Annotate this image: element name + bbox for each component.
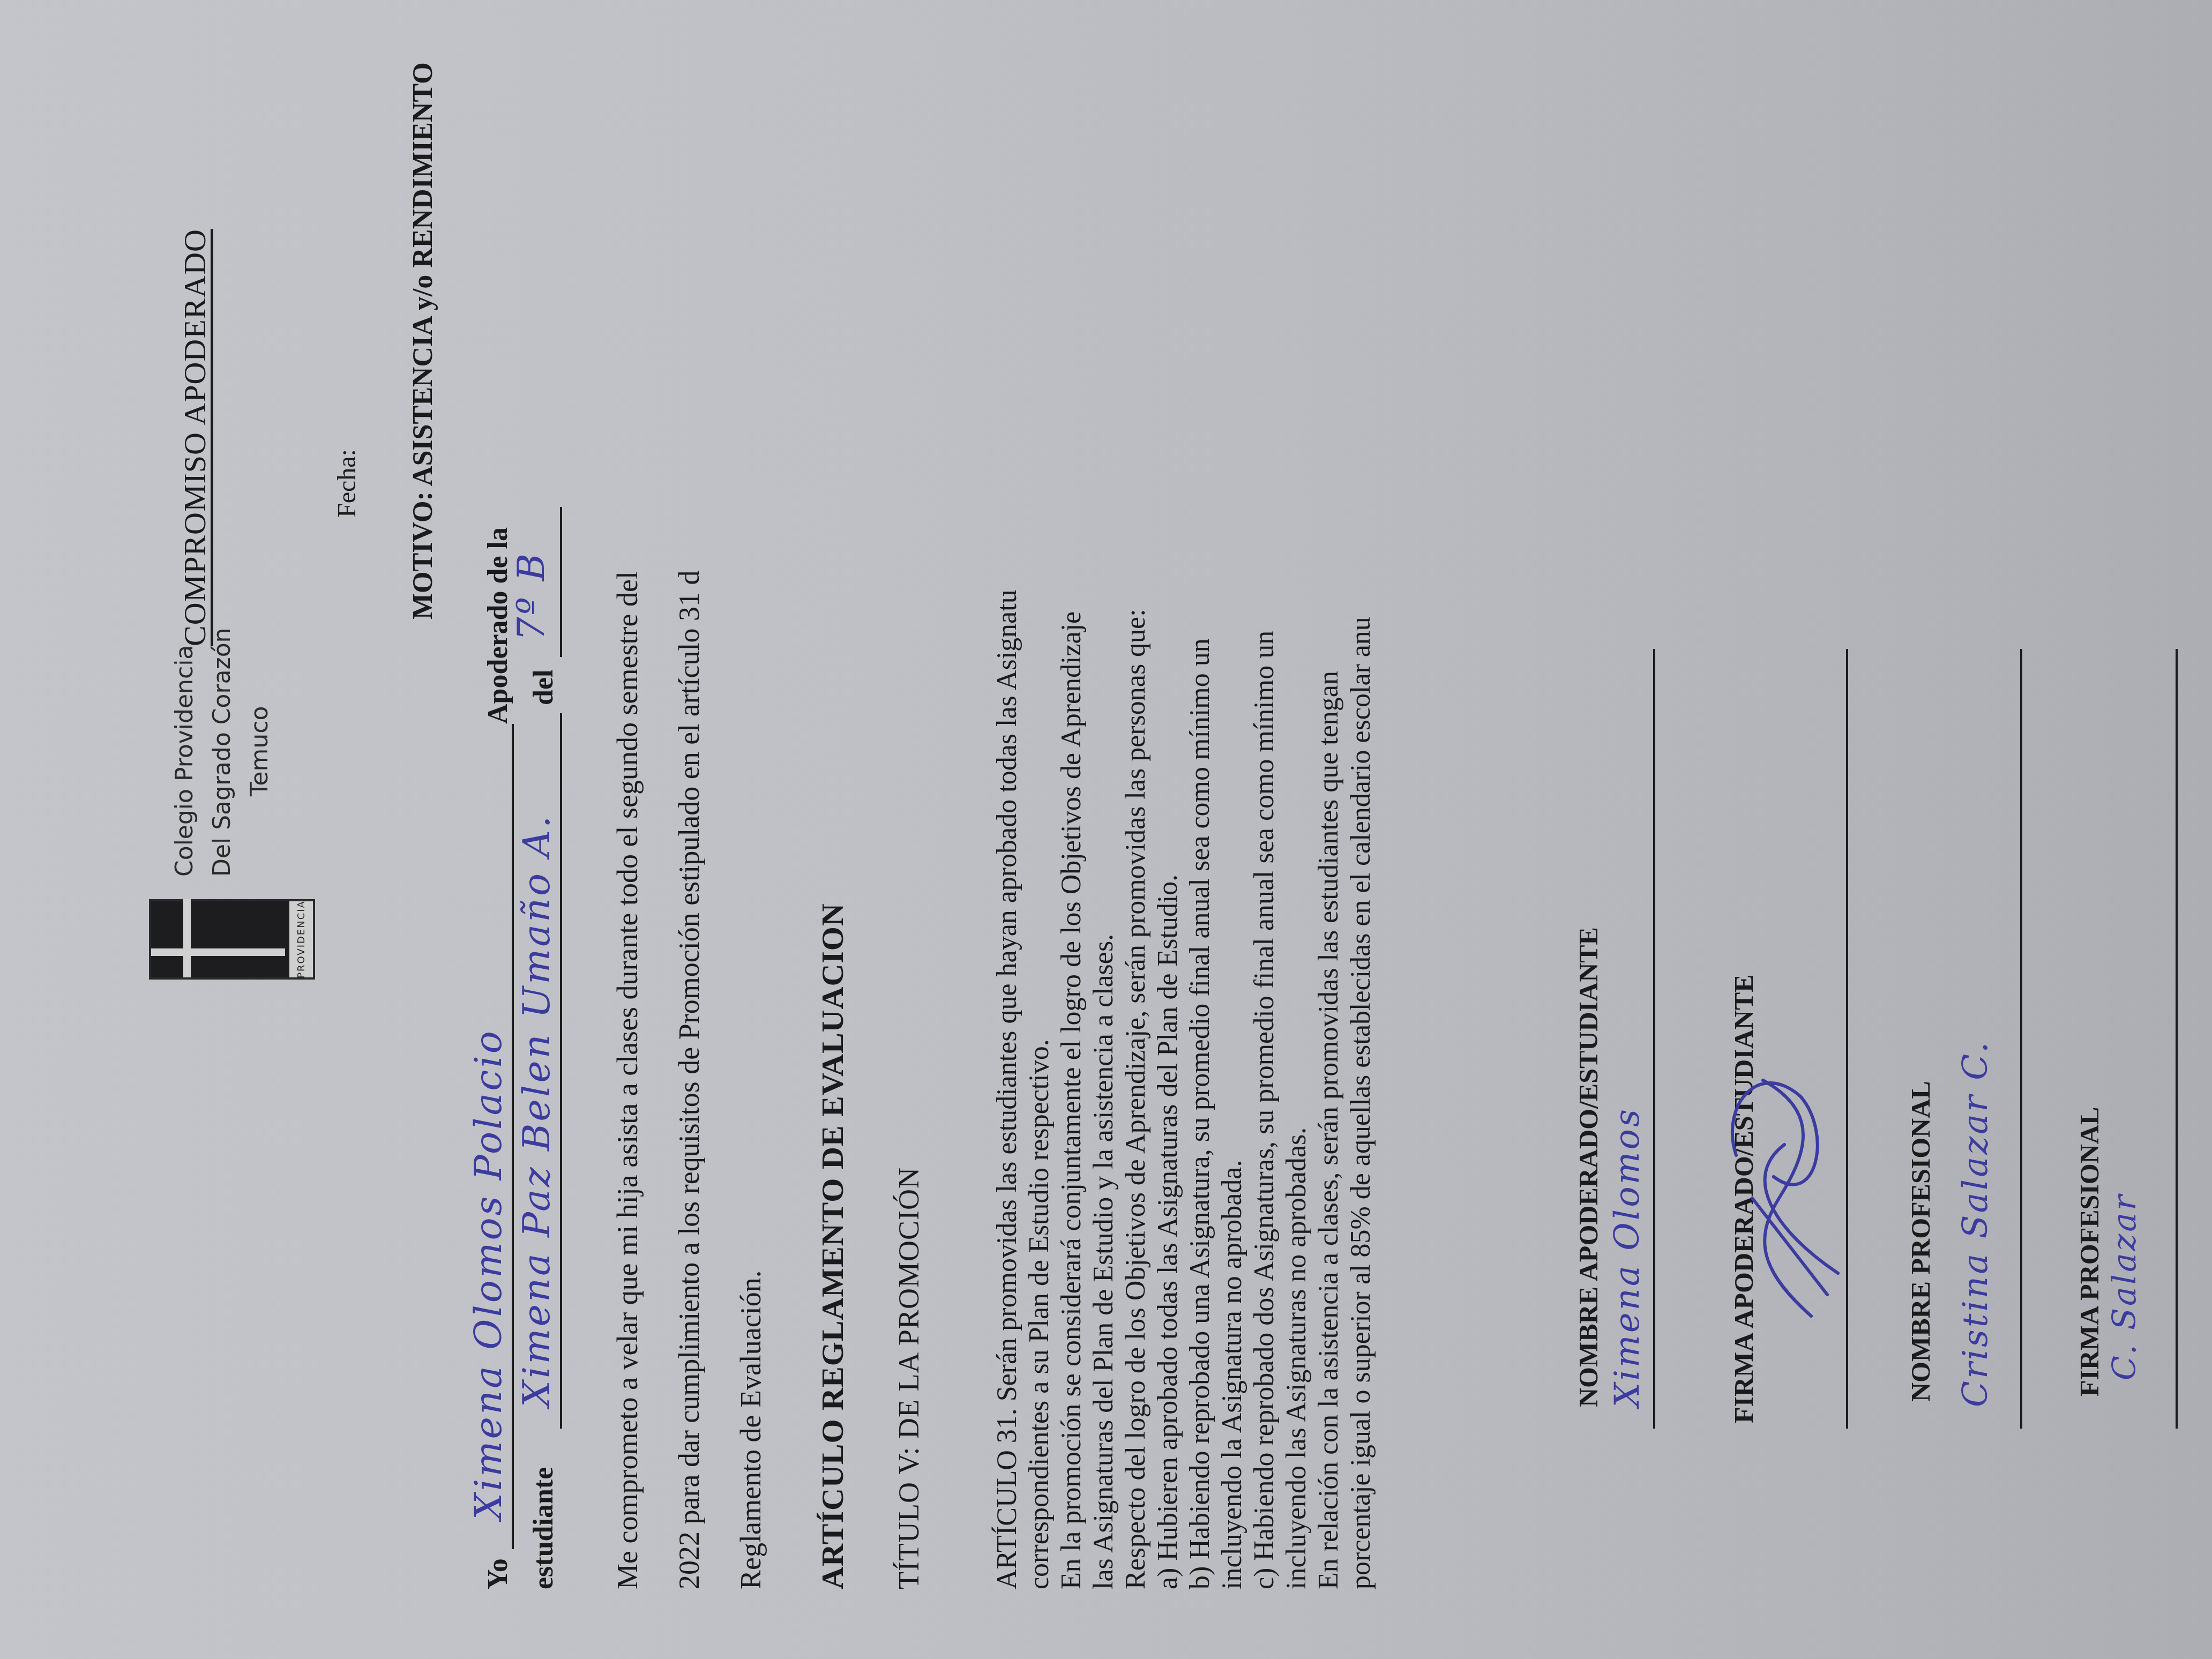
document-page: PROVIDENCIA Colegio Providencia Del Sagr… [0,0,2212,1659]
cross-icon [151,948,285,956]
yo-field[interactable]: Ximena Olomos Polacio [466,1029,510,1520]
student-label: estudiante [528,1467,559,1589]
logo-strip: PROVIDENCIA [289,901,313,977]
article-line: Respecto del logro de los Objetivos de A… [1120,589,1152,1589]
school-name-line-1: Colegio Providencia [166,628,204,877]
motivo-heading: MOTIVO: ASISTENCIA y/o RENDIMIENTO [407,62,439,619]
commitment-line-3: Reglamento de Evaluación. [734,1271,767,1589]
commitment-line-1: Me comprometo a velar que mi hija asista… [611,571,644,1589]
guardian-signature-line [1846,649,1848,1429]
photo-background: PROVIDENCIA Colegio Providencia Del Sagr… [0,0,2212,1659]
article-31-body: ARTÍCULO 31. Serán promovidas las estudi… [991,589,1377,1589]
article-line: las Asignaturas del Plan de Estudio y la… [1088,589,1120,1589]
signature-label-guardian-name: NOMBRE APODERADO/ESTUDIANTE [1573,927,1604,1407]
professional-name-line [2020,649,2022,1429]
professional-name-field[interactable]: Cristina Salazar C. [1956,1040,1996,1407]
signature-label-professional-signature: FIRMA PROFESIONAL [2074,1107,2105,1396]
professional-signature-line [2176,649,2178,1429]
yo-label: Yo [482,1558,514,1589]
course-field[interactable]: 7º B [509,551,553,641]
school-city: Temuco [241,628,279,877]
article-line: c) Habiendo reprobado dos Asignaturas, s… [1249,589,1281,1589]
article-line: correspondientes a su Plan de Estudio re… [1023,589,1056,1589]
regulation-heading: ARTÍCULO REGLAMENTO DE EVALUACION [814,903,850,1589]
page-title: COMPROMISO APODERADO [177,229,213,646]
course-underline [560,507,562,657]
professional-signature-field[interactable]: C. Salazar [2106,1193,2143,1380]
article-line: porcentaje igual o superior al 85% de aq… [1345,589,1377,1589]
guardian-signature-scribble[interactable] [1688,1037,1859,1337]
student-field[interactable]: Ximena Paz Belen Umaño A. [514,814,558,1407]
article-line: a) Hubieren aprobado todas las Asignatur… [1152,589,1184,1589]
guardian-name-line [1653,649,1655,1429]
guardian-name-field[interactable]: Ximena Olomos [1608,1107,1647,1407]
article-line: incluyendo la Asignatura no aprobada. [1216,589,1249,1589]
yo-underline [512,724,514,1549]
commitment-line-2: 2022 para dar cumplimiento a los requisi… [672,570,706,1589]
del-label: del [528,670,559,705]
regulation-subheading: TÍTULO V: DE LA PROMOCIÓN [892,1167,925,1589]
cross-icon-bar [183,899,191,977]
article-line: ARTÍCULO 31. Serán promovidas las estudi… [991,589,1023,1589]
article-line: b) Habiendo reprobado una Asignatura, su… [1184,589,1216,1589]
article-line: En relación con la asistencia a clases, … [1313,589,1345,1589]
school-logo: PROVIDENCIA [149,899,315,980]
article-line: En la promoción se considerará conjuntam… [1056,589,1088,1589]
signature-label-professional-name: NOMBRE PROFESIONAL [1905,1081,1936,1402]
date-label: Fecha: [332,449,362,518]
school-name-block: Colegio Providencia Del Sagrado Corazón … [166,628,279,877]
school-name-line-2: Del Sagrado Corazón [204,628,241,877]
article-line: incluyendo las Asignaturas no aprobadas. [1281,589,1313,1589]
student-underline [560,713,562,1429]
